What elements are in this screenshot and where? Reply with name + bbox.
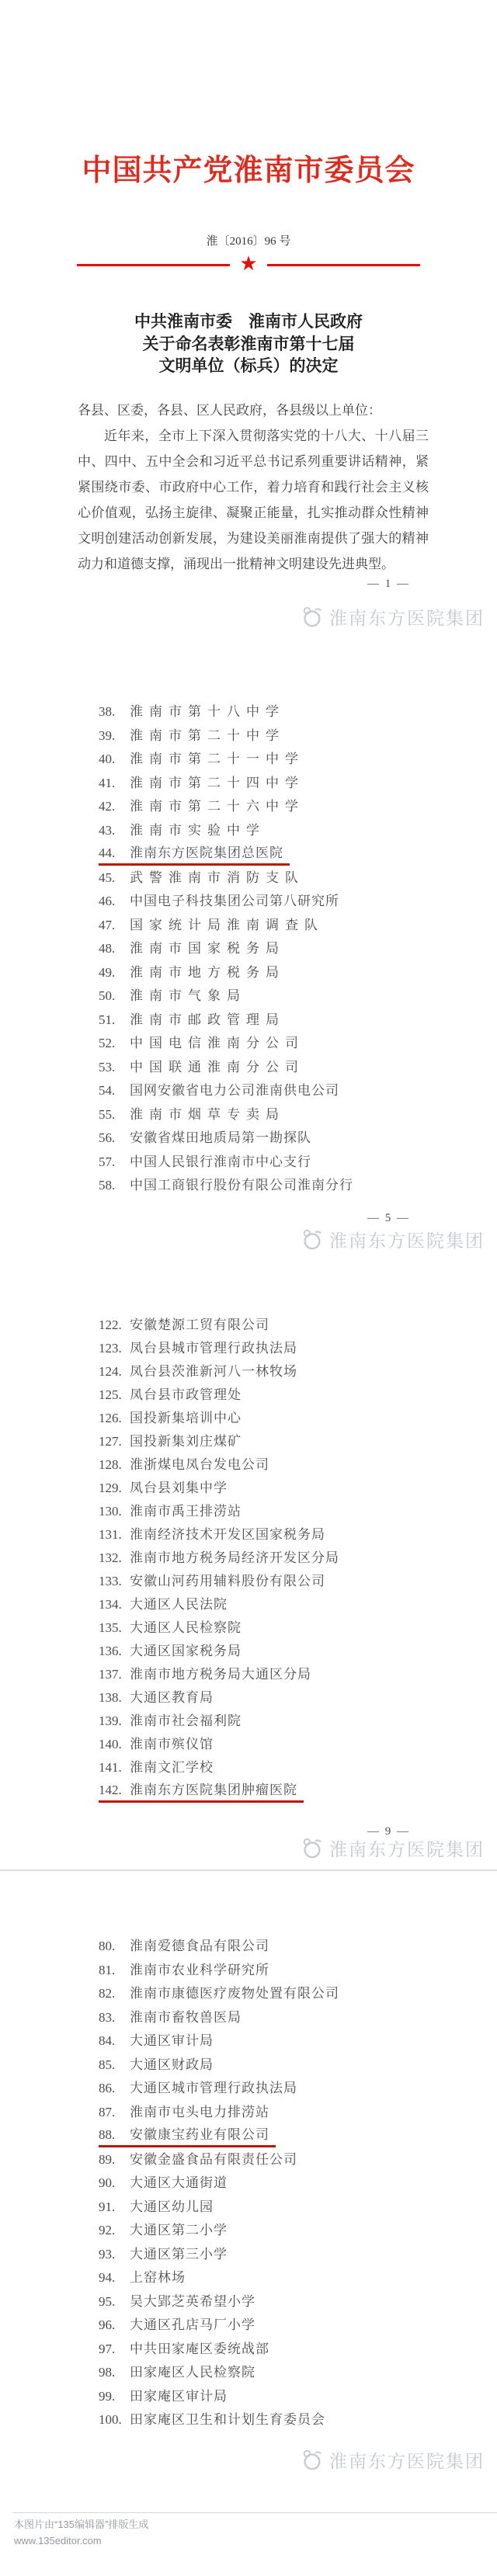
list-item-text: 大通区国家税务局	[130, 1640, 242, 1659]
list-item-number: 54.	[99, 1083, 130, 1099]
doc-number: 淮〔2016〕96 号	[0, 233, 497, 250]
list-item-number: 58.	[99, 1178, 130, 1193]
list-item-text: 淮南东方医院集团总医院	[130, 842, 283, 861]
list-item-number: 98.	[99, 2365, 130, 2380]
list-item-number: 41.	[99, 776, 130, 791]
list-item: 57.中国人民银行淮南市中心支行	[0, 1150, 497, 1174]
list-item-number: 91.	[99, 2199, 130, 2215]
watermark: 淮南东方医院集团	[301, 2446, 485, 2474]
list-item-number: 90.	[99, 2175, 130, 2191]
list-item-number: 140.	[99, 1737, 130, 1752]
list-item-number: 122.	[99, 1318, 130, 1333]
stitched-document-image: 中国共产党淮南市委员会 淮〔2016〕96 号 ★ 中共淮南市委 淮南市人民政府…	[0, 0, 497, 2576]
list-item-text: 淮南市烟草专卖局	[130, 1103, 285, 1123]
list-item: 129.凤台县刘集中学	[0, 1476, 497, 1499]
list-item-number: 83.	[99, 2010, 130, 2026]
list-item-number: 92.	[99, 2223, 130, 2238]
list-item-text: 安徽康宝药业有限公司	[130, 2123, 269, 2143]
list-item-number: 47.	[99, 918, 130, 933]
watermark-text: 淮南东方医院集团	[329, 2447, 485, 2473]
list-item-number: 138.	[99, 1690, 130, 1706]
list-item: 58.中国工商银行股份有限公司淮南分行	[0, 1173, 497, 1197]
list-item-text: 淮南经济技术开发区国家税务局	[130, 1523, 325, 1543]
list-item: 81.淮南市农业科学研究所	[0, 1958, 497, 1982]
list-item-text: 淮南市气象局	[130, 984, 246, 1004]
list-item-text: 淮南市第二十六中学	[130, 795, 304, 814]
watermark-text: 淮南东方医院集团	[329, 1835, 485, 1861]
list-item-number: 139.	[99, 1713, 130, 1729]
list-item: 90.大通区大通街道	[0, 2171, 497, 2195]
list-item-text: 淮南爱德食品有限公司	[130, 1935, 269, 1954]
hospital-group-logo-icon	[301, 2448, 324, 2471]
list-item-number: 87.	[99, 2105, 130, 2120]
list-item: 99.田家庵区审计局	[0, 2384, 497, 2408]
list-item-number: 89.	[99, 2152, 130, 2168]
watermark-text: 淮南东方医院集团	[329, 604, 485, 630]
list-item: 82.淮南市康德医疗废物处置有限公司	[0, 1981, 497, 2005]
document-title: 中共淮南市委 淮南市人民政府 关于命名表彰淮南市第十七届 文明单位（标兵）的决定	[0, 311, 497, 377]
list-item: 141.淮南文汇学校	[0, 1755, 497, 1779]
list-item-text: 国投新集刘庄煤矿	[130, 1430, 242, 1449]
list-item-number: 81.	[99, 1963, 130, 1978]
list-item-number: 88.	[99, 2127, 130, 2143]
list-item-number: 53.	[99, 1060, 130, 1075]
list-item-text: 淮南市第二十中学	[130, 724, 285, 744]
list-item-number: 42.	[99, 799, 130, 814]
watermark: 淮南东方医院集团	[301, 1225, 485, 1253]
list-item-text: 安徽山河药用辅料股份有限公司	[130, 1570, 325, 1589]
list-item-number: 126.	[99, 1411, 130, 1426]
list-item-number: 127.	[99, 1434, 130, 1449]
list-item-text: 淮南市第十八中学	[130, 700, 285, 720]
list-item-number: 124.	[99, 1364, 130, 1380]
list-item: 135.大通区人民检察院	[0, 1616, 497, 1639]
document-body: 各县、区委，各县、区人民政府，各县级以上单位： 近年来，全市上下深入贯彻落实党的…	[78, 398, 429, 581]
list-item-number: 85.	[99, 2057, 130, 2073]
list-item: 40.淮南市第二十一中学	[0, 747, 497, 771]
list-item: 96.大通区孔店马厂小学	[0, 2313, 497, 2337]
list-item-number: 125.	[99, 1387, 130, 1403]
list-item: 56.安徽省煤田地质局第一勘探队	[0, 1126, 497, 1150]
letterhead-rule: ★	[0, 255, 497, 275]
list-item-text: 大通区孔店马厂小学	[130, 2314, 255, 2333]
award-list-122-142: 122.安徽楚源工贸有限公司 123.凤台县城市管理行政执法局 124.凤台县茨…	[0, 1313, 497, 1802]
list-item: 54.国网安徽省电力公司淮南供电公司	[0, 1078, 497, 1102]
list-item-number: 51.	[99, 1012, 130, 1028]
list-item-number: 49.	[99, 965, 130, 981]
document-title-line-3: 文明单位（标兵）的决定	[0, 355, 497, 377]
list-item-text: 大通区城市管理行政执法局	[130, 2077, 297, 2096]
list-item-text: 淮南市第二十四中学	[130, 772, 304, 791]
list-item-text: 淮南市禹王排涝站	[130, 1500, 242, 1519]
list-item-text: 大通区教育局	[130, 1686, 214, 1706]
list-item-text: 淮南市邮政管理局	[130, 1009, 285, 1028]
list-item: 85.大通区财政局	[0, 2053, 497, 2077]
list-item-number: 133.	[99, 1574, 130, 1589]
list-item-number: 128.	[99, 1457, 130, 1473]
list-item-number: 141.	[99, 1760, 130, 1776]
hospital-group-logo-icon	[301, 605, 324, 628]
list-item: 51.淮南市邮政管理局	[0, 1008, 497, 1032]
list-item-text: 淮南市地方税务局	[130, 961, 285, 981]
list-item-text: 淮南市畜牧兽医局	[130, 2006, 242, 2026]
list-item-number: 82.	[99, 1986, 130, 2001]
list-item: 45.武警淮南市消防支队	[0, 866, 497, 890]
list-item-number: 55.	[99, 1107, 130, 1123]
list-item-number: 100.	[99, 2412, 130, 2428]
list-item: 138.大通区教育局	[0, 1686, 497, 1709]
list-item-text: 安徽楚源工贸有限公司	[130, 1314, 269, 1333]
list-item-number: 56.	[99, 1130, 130, 1146]
list-item-text: 凤台县茨淮新河八一林牧场	[130, 1360, 297, 1380]
list-item: 52.中国电信淮南分公司	[0, 1031, 497, 1055]
list-item: 124.凤台县茨淮新河八一林牧场	[0, 1359, 497, 1383]
list-item: 55.淮南市烟草专卖局	[0, 1102, 497, 1127]
list-item-number: 43.	[99, 823, 130, 838]
list-item-text: 中共田家庵区委统战部	[130, 2338, 269, 2357]
list-item-text: 上窑林场	[130, 2266, 186, 2286]
list-item: 134.大通区人民法院	[0, 1592, 497, 1616]
list-item: 91.大通区幼儿园	[0, 2195, 497, 2219]
list-item-number: 95.	[99, 2294, 130, 2310]
list-item: 126.国投新集培训中心	[0, 1406, 497, 1429]
list-item-text: 武警淮南市消防支队	[130, 866, 304, 886]
list-item: 92.大通区第二小学	[0, 2218, 497, 2242]
list-item-number: 136.	[99, 1644, 130, 1659]
list-item: 131.淮南经济技术开发区国家税务局	[0, 1522, 497, 1546]
list-item-text: 淮南市屯头电力排涝站	[130, 2101, 269, 2120]
list-item-text: 国投新集培训中心	[130, 1407, 242, 1426]
list-item: 100.田家庵区卫生和计划生育委员会	[0, 2408, 497, 2432]
list-item-number: 57.	[99, 1154, 130, 1170]
list-item: 95.吴大郢芝英希望小学	[0, 2290, 497, 2314]
list-item-text: 大通区第三小学	[130, 2243, 228, 2262]
list-item-number: 142.	[99, 1783, 130, 1798]
list-item-text: 淮南市农业科学研究所	[130, 1959, 269, 1978]
watermark-text: 淮南东方医院集团	[329, 1227, 485, 1252]
rule-right-segment	[267, 264, 420, 266]
list-item-text: 淮浙煤电凤台发电公司	[130, 1453, 269, 1473]
list-item-text: 田家庵区人民检察院	[130, 2361, 255, 2380]
list-item-text: 凤台县市政管理处	[130, 1383, 242, 1403]
list-item-number: 135.	[99, 1620, 130, 1636]
list-item: 49.淮南市地方税务局	[0, 960, 497, 984]
list-item-text: 淮南市地方税务局经济开发区分局	[130, 1547, 339, 1566]
list-item: 86.大通区城市管理行政执法局	[0, 2076, 497, 2100]
list-item-number: 97.	[99, 2342, 130, 2357]
list-item-number: 50.	[99, 988, 130, 1004]
list-item-text: 大通区人民法院	[130, 1593, 228, 1613]
list-item-number: 46.	[99, 894, 130, 909]
list-item: 42.淮南市第二十六中学	[0, 794, 497, 818]
list-item: 137.淮南市地方税务局大通区分局	[0, 1662, 497, 1686]
list-item-number: 52.	[99, 1036, 130, 1051]
page-number-5: — 5 —	[317, 1210, 410, 1226]
list-item-number: 99.	[99, 2389, 130, 2404]
footer-divider	[12, 2512, 497, 2513]
list-item-number: 38.	[99, 704, 130, 720]
list-item-text: 田家庵区审计局	[130, 2385, 228, 2404]
list-item: 38.淮南市第十八中学	[0, 700, 497, 724]
list-item-number: 137.	[99, 1667, 130, 1682]
list-item: 50.淮南市气象局	[0, 984, 497, 1008]
list-item-number: 134.	[99, 1597, 130, 1613]
list-item: 53.中国联通淮南分公司	[0, 1055, 497, 1079]
list-item-text: 田家庵区卫生和计划生育委员会	[130, 2408, 325, 2428]
list-item-number: 84.	[99, 2033, 130, 2049]
award-list-38-58: 38.淮南市第十八中学 39.淮南市第二十中学 40.淮南市第二十一中学 41.…	[0, 700, 497, 1197]
list-item-number: 132.	[99, 1550, 130, 1566]
list-item-text: 中国电信淮南分公司	[130, 1032, 304, 1051]
list-item: 80.淮南爱德食品有限公司	[0, 1934, 497, 1958]
list-item-number: 80.	[99, 1939, 130, 1954]
list-item: 123.凤台县城市管理行政执法局	[0, 1336, 497, 1359]
salutation: 各县、区委，各县、区人民政府，各县级以上单位：	[78, 398, 429, 423]
page-number-1: — 1 —	[317, 576, 410, 592]
list-item-number: 45.	[99, 870, 130, 886]
list-item-text: 淮南市社会福利院	[130, 1710, 242, 1729]
list-item: 97.中共田家庵区委统战部	[0, 2337, 497, 2361]
list-item-text: 大通区人民检察院	[130, 1616, 242, 1636]
list-item: 46.中国电子科技集团公司第八研究所	[0, 889, 497, 913]
list-item-text: 安徽金盛食品有限责任公司	[130, 2148, 297, 2168]
list-item-text: 大通区幼儿园	[130, 2196, 214, 2215]
list-item-number: 48.	[99, 941, 130, 956]
editor-url: www.135editor.com	[14, 2534, 102, 2548]
list-item: 142.淮南东方医院集团肿瘤医院	[0, 1779, 497, 1802]
award-list-80-100: 80.淮南爱德食品有限公司 81.淮南市农业科学研究所 82.淮南市康德医疗废物…	[0, 1934, 497, 2432]
list-item-number: 86.	[99, 2081, 130, 2096]
list-item-text: 淮南市康德医疗废物处置有限公司	[130, 1982, 339, 2001]
list-item-text: 中国人民银行淮南市中心支行	[130, 1151, 311, 1170]
list-item: 139.淮南市社会福利院	[0, 1709, 497, 1732]
list-item: 41.淮南市第二十四中学	[0, 771, 497, 795]
list-item-number: 44.	[99, 845, 130, 861]
list-item-text: 凤台县刘集中学	[130, 1477, 228, 1496]
list-item-number: 93.	[99, 2247, 130, 2262]
list-item: 127.国投新集刘庄煤矿	[0, 1429, 497, 1453]
list-item-text: 淮南市殡仪馆	[130, 1733, 214, 1752]
list-item-number: 40.	[99, 752, 130, 767]
list-item-number: 131.	[99, 1527, 130, 1543]
list-item: 140.淮南市殡仪馆	[0, 1732, 497, 1755]
list-item-text: 安徽省煤田地质局第一勘探队	[130, 1127, 311, 1146]
body-paragraph: 近年来，全市上下深入贯彻落实党的十八大、十八届三中、四中、五中全会和习近平总书记…	[78, 423, 429, 577]
list-item-text: 国网安徽省电力公司淮南供电公司	[130, 1079, 339, 1099]
watermark: 淮南东方医院集团	[301, 602, 485, 630]
list-item: 47.国家统计局淮南调查队	[0, 913, 497, 937]
list-item: 43.淮南市实验中学	[0, 818, 497, 842]
letterhead-org-title: 中国共产党淮南市委员会	[0, 148, 497, 194]
list-item: 136.大通区国家税务局	[0, 1639, 497, 1662]
list-item: 39.淮南市第二十中学	[0, 724, 497, 748]
list-item: 128.淮浙煤电凤台发电公司	[0, 1453, 497, 1476]
list-item-text: 淮南东方医院集团肿瘤医院	[130, 1779, 297, 1798]
list-item-text: 吴大郢芝英希望小学	[130, 2290, 255, 2310]
list-item: 48.淮南市国家税务局	[0, 936, 497, 960]
list-item-number: 39.	[99, 728, 130, 744]
list-item-number: 94.	[99, 2270, 130, 2286]
list-item-text: 淮南市第二十一中学	[130, 748, 304, 767]
list-item-number: 96.	[99, 2317, 130, 2333]
list-item-number: 130.	[99, 1504, 130, 1519]
list-item: 98.田家庵区人民检察院	[0, 2360, 497, 2384]
list-item-number: 123.	[99, 1341, 130, 1356]
list-item-text: 大通区财政局	[130, 2054, 214, 2073]
list-item-text: 淮南市地方税务局大通区分局	[130, 1663, 311, 1682]
list-item: 89.安徽金盛食品有限责任公司	[0, 2147, 497, 2172]
list-item-text: 淮南文汇学校	[130, 1756, 214, 1776]
list-item: 84.大通区审计局	[0, 2029, 497, 2053]
list-item: 94.上窑林场	[0, 2265, 497, 2290]
list-item: 93.大通区第三小学	[0, 2242, 497, 2266]
list-item: 44.淮南东方医院集团总医院	[0, 842, 497, 866]
list-item-text: 大通区第二小学	[130, 2219, 228, 2238]
list-item: 88.安徽康宝药业有限公司	[0, 2123, 497, 2147]
list-item-text: 凤台县城市管理行政执法局	[130, 1337, 297, 1356]
editor-credit: 本图片由“135编辑器”排版生成	[14, 2518, 148, 2532]
list-item-number: 129.	[99, 1481, 130, 1496]
list-item-text: 国家统计局淮南调查队	[130, 914, 324, 933]
hospital-group-logo-icon	[301, 1836, 324, 1859]
list-item-text: 淮南市国家税务局	[130, 937, 285, 956]
document-title-line-1: 中共淮南市委 淮南市人民政府	[0, 311, 497, 333]
list-item: 133.安徽山河药用辅料股份有限公司	[0, 1569, 497, 1592]
hospital-group-logo-icon	[301, 1227, 324, 1251]
watermark: 淮南东方医院集团	[301, 1834, 485, 1862]
list-item-text: 大通区审计局	[130, 2029, 214, 2049]
document-title-line-2: 关于命名表彰淮南市第十七届	[0, 333, 497, 356]
list-item-text: 中国联通淮南分公司	[130, 1056, 304, 1075]
list-item-text: 淮南市实验中学	[130, 819, 266, 838]
star-icon: ★	[239, 254, 257, 274]
list-item: 130.淮南市禹王排涝站	[0, 1499, 497, 1522]
list-item: 125.凤台县市政管理处	[0, 1383, 497, 1406]
list-item: 122.安徽楚源工贸有限公司	[0, 1313, 497, 1336]
list-item: 132.淮南市地方税务局经济开发区分局	[0, 1546, 497, 1569]
rule-left-segment	[77, 264, 230, 266]
list-item: 83.淮南市畜牧兽医局	[0, 2005, 497, 2029]
list-item-text: 中国电子科技集团公司第八研究所	[130, 890, 339, 909]
list-item: 87.淮南市屯头电力排涝站	[0, 2100, 497, 2124]
list-item-text: 大通区大通街道	[130, 2172, 228, 2191]
image-seam-divider	[0, 1870, 497, 1871]
list-item-text: 中国工商银行股份有限公司淮南分行	[130, 1174, 353, 1193]
